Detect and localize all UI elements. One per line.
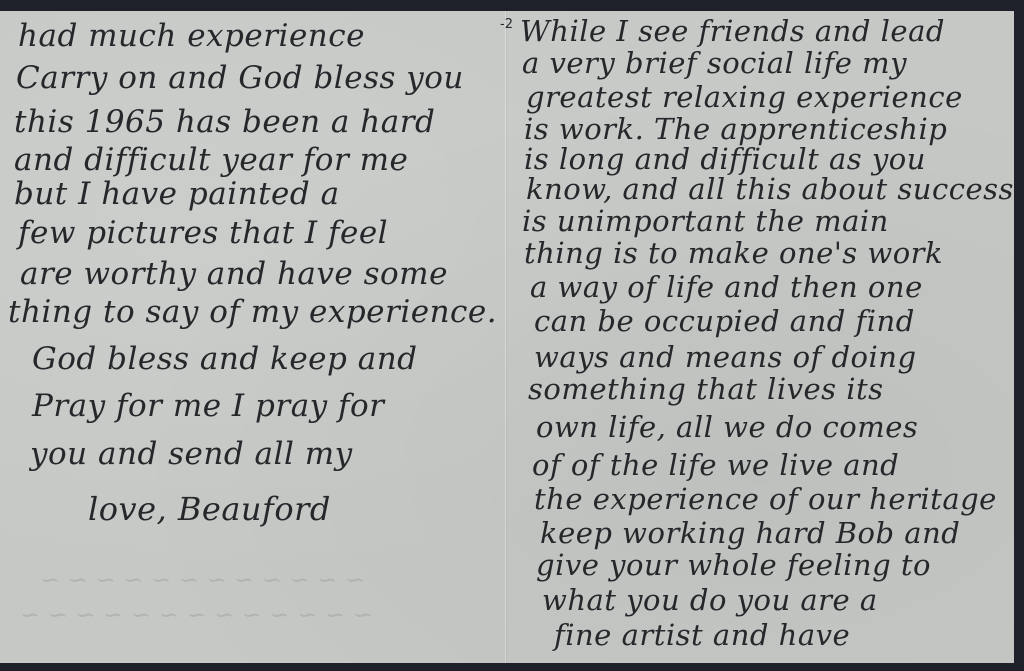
letter-line: is long and difficult as you	[524, 145, 926, 174]
letter-line: Pray for me I pray for	[32, 391, 385, 422]
left-page: had much experience Carry on and God ble…	[0, 11, 505, 663]
letter-line: is unimportant the main	[522, 207, 889, 236]
letter-line: thing is to make one's work	[524, 239, 943, 268]
letter-line: had much experience	[18, 21, 365, 52]
letter-line: ways and means of doing	[534, 343, 917, 372]
letter-line: few pictures that I feel	[18, 218, 388, 249]
letter-scan: ~ ~ ~ ~ ~ ~ ~ ~ ~ ~ ~ ~ ~ ~ ~ ~ ~ ~ ~ ~ …	[0, 0, 1024, 671]
letter-line: what you do you are a	[542, 586, 878, 615]
page-number-mark: -2	[500, 17, 513, 32]
letter-line: this 1965 has been a hard	[14, 107, 435, 138]
letter-line: are worthy and have some	[20, 259, 448, 290]
right-page: -2 While I see friends and lead a very b…	[506, 11, 1014, 663]
letter-line: can be occupied and find	[534, 307, 915, 336]
letter-line: Carry on and God bless you	[16, 63, 464, 94]
letter-line: you and send all my	[30, 439, 353, 470]
letter-line: and difficult year for me	[14, 145, 408, 176]
signature: love, Beauford	[88, 493, 331, 525]
letter-line: but I have painted a	[14, 179, 340, 210]
letter-line: fine artist and have	[554, 621, 850, 650]
letter-line: the experience of our heritage	[534, 485, 997, 514]
letter-line: keep working hard Bob and	[540, 519, 960, 548]
letter-line: of of the life we live and	[532, 451, 899, 480]
letter-line: God bless and keep and	[32, 344, 418, 375]
letter-line: thing to say of my experience.	[8, 297, 497, 328]
letter-line: a way of life and then one	[530, 273, 923, 302]
letter-line: a very brief social life my	[522, 49, 907, 78]
letter-paper: ~ ~ ~ ~ ~ ~ ~ ~ ~ ~ ~ ~ ~ ~ ~ ~ ~ ~ ~ ~ …	[0, 11, 1014, 663]
letter-line: is work. The apprenticeship	[524, 115, 947, 144]
letter-line: give your whole feeling to	[536, 551, 931, 580]
letter-line: greatest relaxing experience	[526, 83, 963, 112]
letter-line: something that lives its	[528, 375, 884, 404]
letter-line: know, and all this about success	[526, 175, 1014, 204]
letter-line: While I see friends and lead	[520, 17, 945, 46]
letter-line: own life, all we do comes	[536, 413, 918, 442]
